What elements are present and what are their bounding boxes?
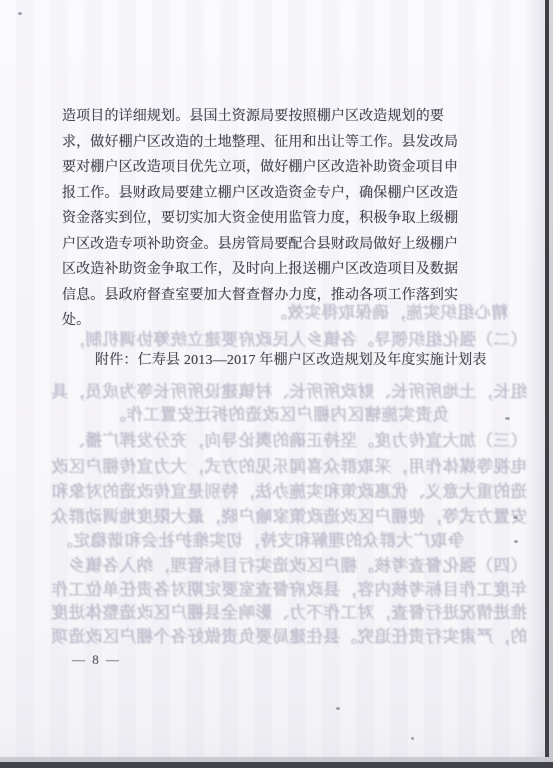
scan-edge-right-light bbox=[549, 0, 553, 768]
body-text-line: 处。 bbox=[62, 308, 462, 334]
body-text-line: 要对棚户区改造项目优先立项，做好棚户区改造补助资金项目申 bbox=[62, 155, 462, 181]
paper-sheet: 精心组织实施，确保取得实效。（二）强化组织领导。各镇乡人民政府要建立统筹协调机制… bbox=[0, 0, 546, 763]
scan-speck bbox=[336, 707, 340, 710]
bleedthrough-text-line: 年度工作目标考核内容，县政府督查室要定期对各责任单位工作 bbox=[51, 580, 527, 600]
body-text-line: 区改造补助资金争取工作，及时向上报送棚户区改造项目及数据 bbox=[62, 257, 462, 283]
bleedthrough-text-line: 电视等媒体作用，采取群众喜闻乐见的方式，大力宣传棚户区改 bbox=[51, 457, 527, 477]
bleedthrough-text-line: 负责实施辖区内棚户区改造的拆迁安置工作。 bbox=[109, 405, 449, 425]
body-text-line: 造项目的详细规划。县国土资源局要按照棚户区改造规划的要 bbox=[62, 104, 462, 130]
bleedthrough-text-line: （三）加大宣传力度。坚持正确的舆论导向，充分发挥广播、 bbox=[68, 431, 527, 451]
attachment-reference-line: 附件：仁寿县 2013—2017 年棚户区改造规划及年度实施计划表 bbox=[62, 348, 502, 374]
bleedthrough-text-line: 组长，土地所所长、财政所所长、村镇建设所所长等为成员，具 bbox=[51, 382, 527, 402]
bleedthrough-text-line: 推进情况进行督查，对工作不力、影响全县棚户区改造整体进度 bbox=[51, 603, 527, 623]
body-text-line: 信息。县政府督查室要加大督查督办力度，推动各项工作落到实 bbox=[62, 283, 462, 309]
paper-edge-shadow bbox=[528, 0, 545, 763]
scanned-document-page: 精心组织实施，确保取得实效。（二）强化组织领导。各镇乡人民政府要建立统筹协调机制… bbox=[0, 0, 553, 768]
scan-speck bbox=[514, 540, 518, 543]
body-text-line: 求，做好棚户区改造的土地整理、征用和出让等工作。县发改局 bbox=[62, 130, 462, 156]
bleedthrough-text-line: （四）强化督查考核。棚户区改造实行目标管理，纳入各镇乡 bbox=[68, 556, 527, 576]
body-text-line: 户区改造专项补助资金。县房管局要配合县财政局做好上级棚户 bbox=[62, 232, 462, 258]
scan-speck bbox=[505, 417, 510, 420]
body-text-line: 资金落实到位，要切实加大资金使用监管力度，积极争取上级棚 bbox=[62, 206, 462, 232]
body-text-line: 报工作。县财政局要建立棚户区改造资金专户，确保棚户区改造 bbox=[62, 181, 462, 207]
bleedthrough-text-line: 的，严肃实行责任追究。县住建局要负责做好各个棚户区改造项 bbox=[51, 627, 527, 647]
bleedthrough-text-line: 安置方式等，使棚户区改造政策家喻户晓，最大限度地调动群众 bbox=[51, 507, 527, 527]
scan-speck bbox=[411, 737, 414, 740]
scan-speck bbox=[18, 12, 22, 15]
scan-edge-bottom-dark bbox=[0, 762, 553, 768]
page-number: — 8 — bbox=[72, 652, 121, 668]
bleedthrough-text-line: 造的重大意义、优惠政策和实施办法，特别是宣传改造的对象和 bbox=[51, 482, 527, 502]
bleedthrough-text-line: 争取广大群众的理解和支持，切实维护社会和谐稳定。 bbox=[56, 531, 464, 551]
document-body-paragraph: 造项目的详细规划。县国土资源局要按照棚户区改造规划的要求，做好棚户区改造的土地整… bbox=[62, 104, 462, 334]
scan-speck bbox=[513, 516, 518, 519]
